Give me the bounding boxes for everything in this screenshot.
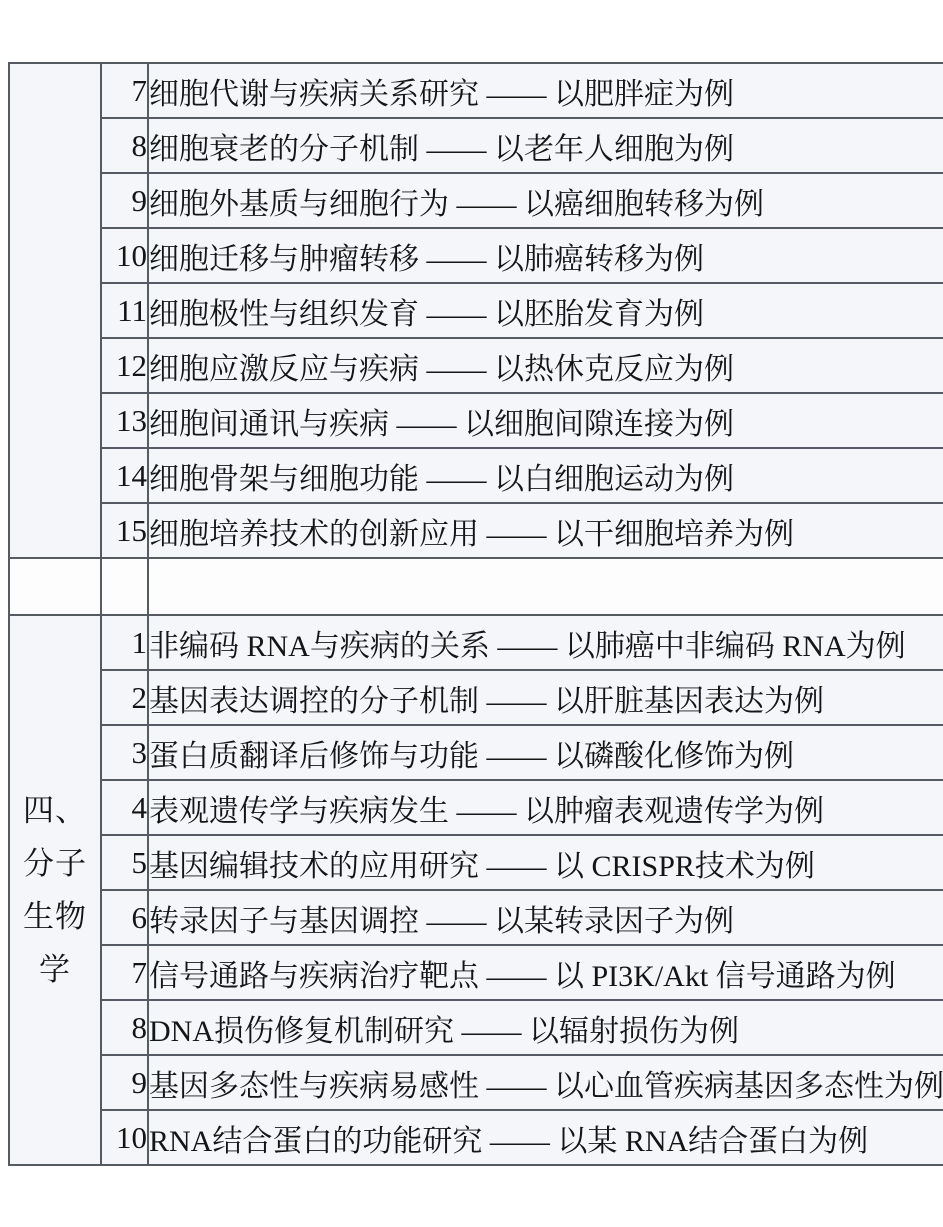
category-line: 分子 [10,837,100,890]
row-number: 10 [101,1110,148,1165]
category-cell: 四、 分子 生物 学 [9,615,101,1165]
topic-text: 细胞代谢与疾病关系研究 —— 以肥胖症为例 [148,63,943,118]
separator-cell [9,558,101,615]
topic-text: 转录因子与基因调控 —— 以某转录因子为例 [148,890,943,945]
table-row: 14 细胞骨架与细胞功能 —— 以白细胞运动为例 [9,448,943,503]
category-line: 生物 [10,890,100,943]
row-number: 13 [101,393,148,448]
row-number: 9 [101,1055,148,1110]
row-number: 12 [101,338,148,393]
row-number: 10 [101,228,148,283]
topics-table: 7 细胞代谢与疾病关系研究 —— 以肥胖症为例 8 细胞衰老的分子机制 —— 以… [8,62,943,1166]
row-number: 9 [101,173,148,228]
separator-row [9,558,943,615]
table-row: 9 基因多态性与疾病易感性 —— 以心血管疾病基因多态性为例 [9,1055,943,1110]
table-row: 15 细胞培养技术的创新应用 —— 以干细胞培养为例 [9,503,943,558]
topic-text: 表观遗传学与疾病发生 —— 以肿瘤表观遗传学为例 [148,780,943,835]
topic-text: 蛋白质翻译后修饰与功能 —— 以磷酸化修饰为例 [148,725,943,780]
topic-text: 基因多态性与疾病易感性 —— 以心血管疾病基因多态性为例 [148,1055,943,1110]
topic-text: RNA结合蛋白的功能研究 —— 以某 RNA结合蛋白为例 [148,1110,943,1165]
topic-text: DNA损伤修复机制研究 —— 以辐射损伤为例 [148,1000,943,1055]
topic-text: 细胞外基质与细胞行为 —— 以癌细胞转移为例 [148,173,943,228]
table-row: 13 细胞间通讯与疾病 —— 以细胞间隙连接为例 [9,393,943,448]
table-row: 10 细胞迁移与肿瘤转移 —— 以肺癌转移为例 [9,228,943,283]
topic-text: 细胞应激反应与疾病 —— 以热休克反应为例 [148,338,943,393]
table-row: 8 DNA损伤修复机制研究 —— 以辐射损伤为例 [9,1000,943,1055]
topic-text: 基因编辑技术的应用研究 —— 以 CRISPR技术为例 [148,835,943,890]
row-number: 8 [101,118,148,173]
row-number: 3 [101,725,148,780]
row-number: 6 [101,890,148,945]
table-row: 6 转录因子与基因调控 —— 以某转录因子为例 [9,890,943,945]
row-number: 11 [101,283,148,338]
row-number: 14 [101,448,148,503]
table-row: 11 细胞极性与组织发育 —— 以胚胎发育为例 [9,283,943,338]
row-number: 2 [101,670,148,725]
table-row: 7 信号通路与疾病治疗靶点 —— 以 PI3K/Akt 信号通路为例 [9,945,943,1000]
topic-text: 细胞培养技术的创新应用 —— 以干细胞培养为例 [148,503,943,558]
table-row: 4 表观遗传学与疾病发生 —— 以肿瘤表观遗传学为例 [9,780,943,835]
row-number: 15 [101,503,148,558]
table-row: 3 蛋白质翻译后修饰与功能 —— 以磷酸化修饰为例 [9,725,943,780]
table-row: 7 细胞代谢与疾病关系研究 —— 以肥胖症为例 [9,63,943,118]
topic-text: 细胞迁移与肿瘤转移 —— 以肺癌转移为例 [148,228,943,283]
table-row: 10 RNA结合蛋白的功能研究 —— 以某 RNA结合蛋白为例 [9,1110,943,1165]
document-page: 7 细胞代谢与疾病关系研究 —— 以肥胖症为例 8 细胞衰老的分子机制 —— 以… [0,0,943,1227]
separator-cell [148,558,943,615]
topic-text: 细胞骨架与细胞功能 —— 以白细胞运动为例 [148,448,943,503]
topic-text: 细胞极性与组织发育 —— 以胚胎发育为例 [148,283,943,338]
topic-text: 细胞衰老的分子机制 —— 以老年人细胞为例 [148,118,943,173]
row-number: 1 [101,615,148,670]
table-row: 四、 分子 生物 学 1 非编码 RNA与疾病的关系 —— 以肺癌中非编码 RN… [9,615,943,670]
row-number: 8 [101,1000,148,1055]
table-row: 9 细胞外基质与细胞行为 —— 以癌细胞转移为例 [9,173,943,228]
category-cell-empty [9,63,101,558]
row-number: 7 [101,63,148,118]
table-row: 5 基因编辑技术的应用研究 —— 以 CRISPR技术为例 [9,835,943,890]
category-line: 四、 [10,784,100,837]
row-number: 5 [101,835,148,890]
table-row: 12 细胞应激反应与疾病 —— 以热休克反应为例 [9,338,943,393]
table-row: 8 细胞衰老的分子机制 —— 以老年人细胞为例 [9,118,943,173]
topic-text: 信号通路与疾病治疗靶点 —— 以 PI3K/Akt 信号通路为例 [148,945,943,1000]
topic-text: 基因表达调控的分子机制 —— 以肝脏基因表达为例 [148,670,943,725]
row-number: 7 [101,945,148,1000]
row-number: 4 [101,780,148,835]
separator-cell [101,558,148,615]
topic-text: 非编码 RNA与疾病的关系 —— 以肺癌中非编码 RNA为例 [148,615,943,670]
category-line: 学 [10,943,100,996]
topic-text: 细胞间通讯与疾病 —— 以细胞间隙连接为例 [148,393,943,448]
table-row: 2 基因表达调控的分子机制 —— 以肝脏基因表达为例 [9,670,943,725]
